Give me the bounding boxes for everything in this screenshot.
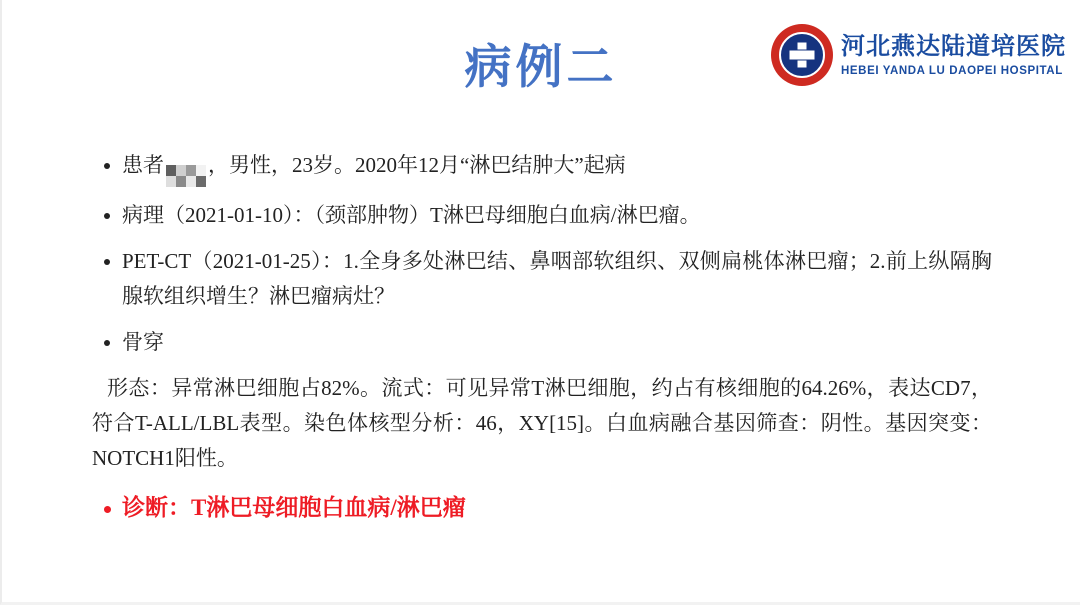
bullet-dot-red (102, 490, 122, 525)
redacted-name (166, 165, 206, 187)
bullet-petct-text: PET-CT（2021-01-25）：1.全身多处淋巴结、鼻咽部软组织、双侧扁桃… (122, 244, 992, 314)
bullet-dot (102, 148, 122, 183)
bullet-diagnosis: 诊断：T淋巴母细胞白血病/淋巴瘤 (92, 490, 992, 525)
bullet-dot (102, 244, 122, 279)
logo-cross-icon (789, 50, 816, 61)
hospital-logo-icon (771, 24, 833, 86)
bullet-dot (102, 198, 122, 233)
slide: 病例二 河北燕达陆道培医院 HEBEI YANDA LU DAOPEI HOSP… (0, 0, 1080, 605)
bullet-patient-info: 患者，男性，23岁。2020年12月“淋巴结肿大”起病 (92, 148, 992, 187)
slide-body: 患者，男性，23岁。2020年12月“淋巴结肿大”起病 病理（2021-01-1… (2, 148, 1080, 525)
hospital-name-en: HEBEI YANDA LU DAOPEI HOSPITAL (841, 65, 1066, 77)
patient-prefix: 患者 (122, 153, 164, 177)
bone-marrow-detail-paragraph: 形态：异常淋巴细胞占82%。流式：可见异常T淋巴细胞，约占有核细胞的64.26%… (92, 371, 992, 476)
hospital-name-zh: 河北燕达陆道培医院 (841, 33, 1066, 62)
diagnosis-text: 诊断：T淋巴母细胞白血病/淋巴瘤 (122, 490, 992, 525)
bullet-pathology-text: 病理（2021-01-10）：（颈部肿物）T淋巴母细胞白血病/淋巴瘤。 (122, 198, 992, 233)
patient-suffix: ，男性，23岁。2020年12月“淋巴结肿大”起病 (208, 153, 626, 177)
bullet-bone-marrow-text: 骨穿 (122, 325, 992, 360)
hospital-logo: 河北燕达陆道培医院 HEBEI YANDA LU DAOPEI HOSPITAL (771, 24, 1066, 86)
bullet-petct: PET-CT（2021-01-25）：1.全身多处淋巴结、鼻咽部软组织、双侧扁桃… (92, 244, 992, 314)
bullet-patient-text: 患者，男性，23岁。2020年12月“淋巴结肿大”起病 (122, 148, 992, 187)
hospital-name-block: 河北燕达陆道培医院 HEBEI YANDA LU DAOPEI HOSPITAL (841, 33, 1066, 77)
bullet-bone-marrow: 骨穿 (92, 325, 992, 360)
bullet-pathology: 病理（2021-01-10）：（颈部肿物）T淋巴母细胞白血病/淋巴瘤。 (92, 198, 992, 233)
bullet-dot (102, 325, 122, 360)
